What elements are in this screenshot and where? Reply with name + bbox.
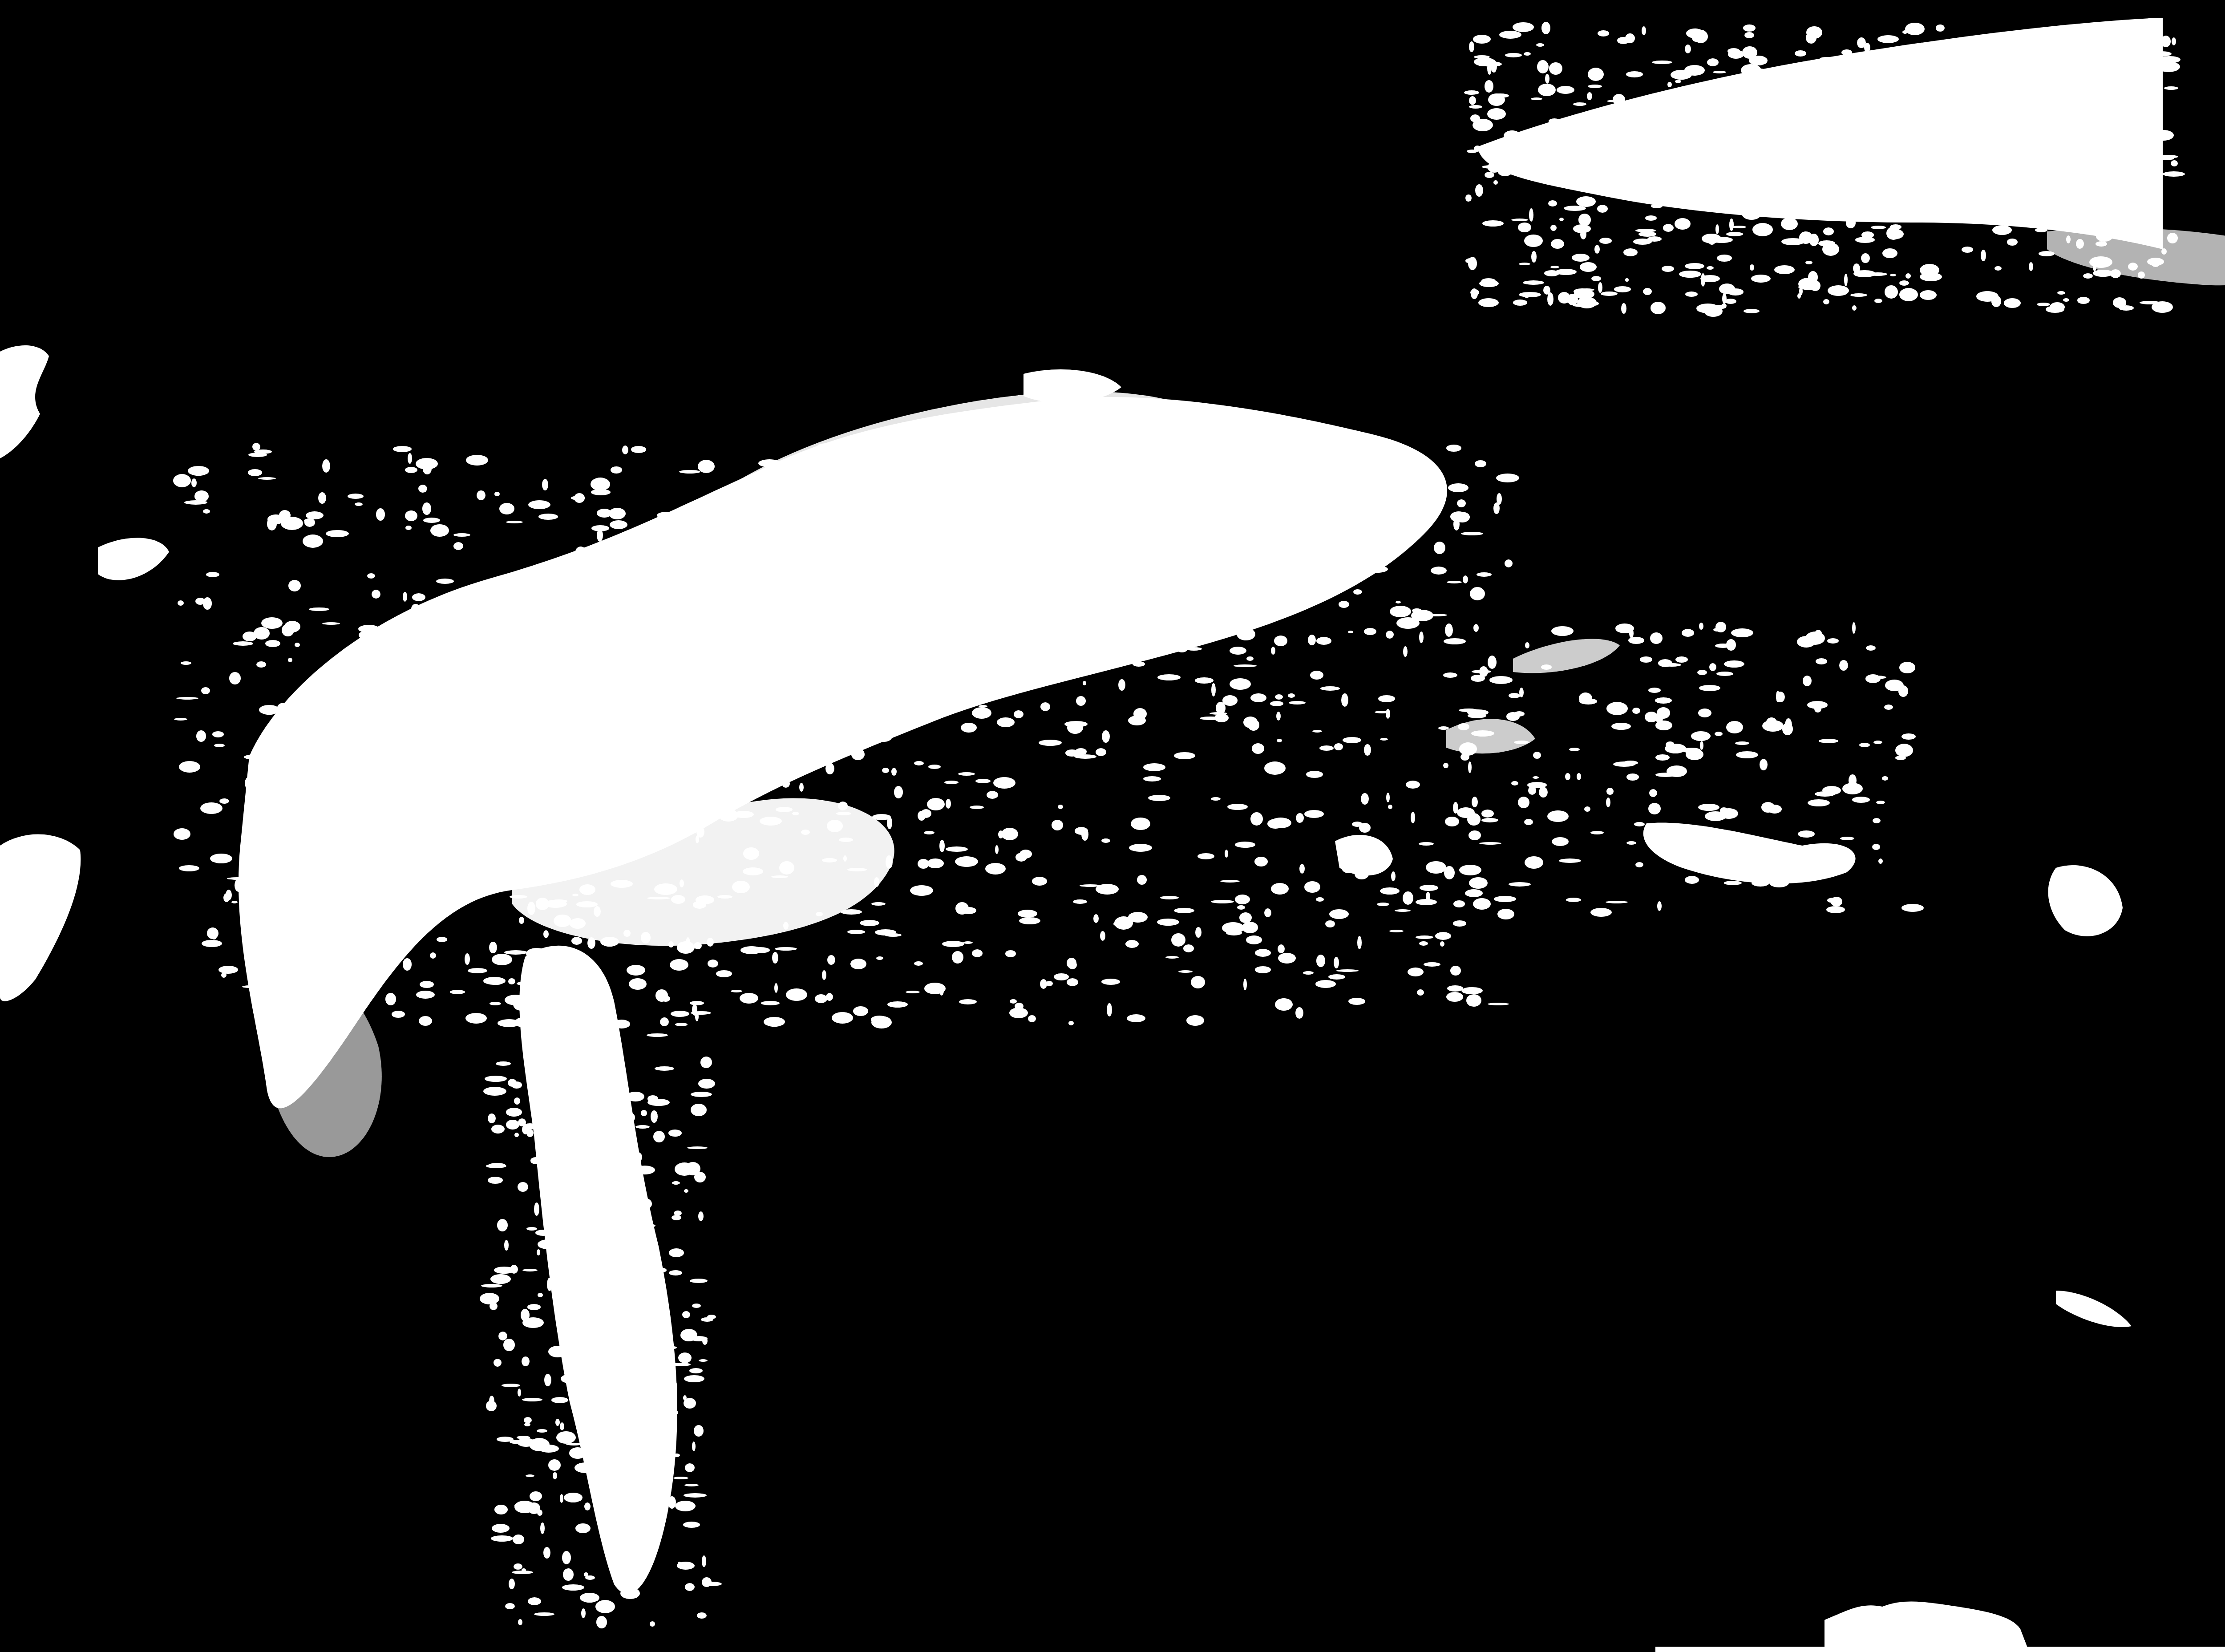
satellite-cloud-image <box>0 0 2225 1652</box>
